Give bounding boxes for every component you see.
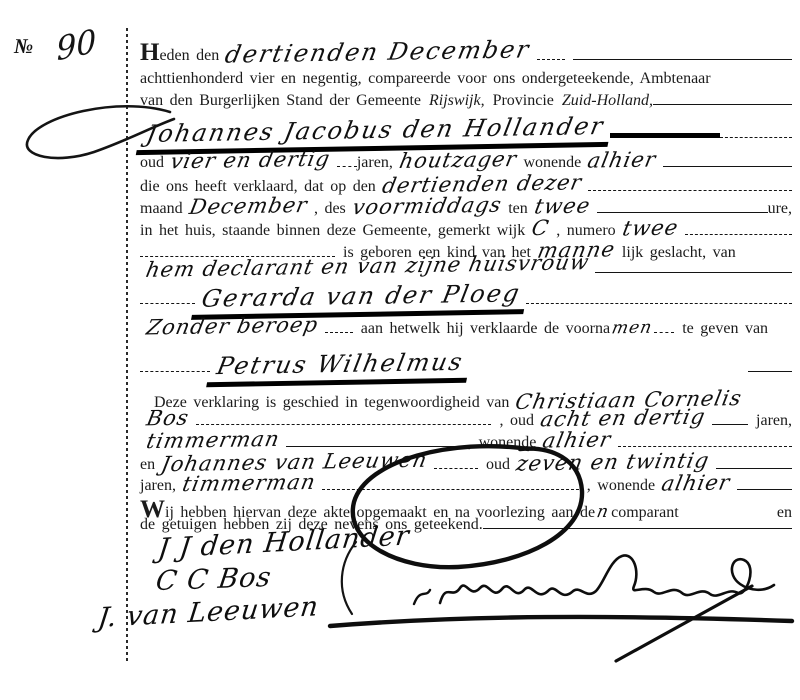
handwritten-hour: twee	[525, 193, 599, 218]
ruled-blank	[337, 166, 357, 167]
record-number-label: №	[14, 34, 33, 59]
ruled-blank	[588, 190, 792, 191]
form-line-1: Heden den dertienden December	[140, 38, 792, 67]
ruled-blank	[325, 332, 353, 333]
form-line-15: Bos , oud acht en dertig jaren,	[140, 406, 792, 430]
handwritten-age: vier en dertig	[161, 146, 339, 173]
form-line-4: Johannes Jacobus den Hollander	[140, 116, 792, 151]
form-line-5: oud vier en dertig jaren, houtzager wone…	[140, 148, 792, 172]
ruled-blank	[685, 234, 792, 235]
ruled-blank	[526, 303, 792, 304]
ruled-blank	[483, 528, 792, 529]
printed-text: achttienhonderd vier en negentig, compar…	[140, 70, 711, 88]
ruled-blank	[716, 468, 792, 469]
printed-text: Heden den	[140, 39, 219, 67]
ruled-blank	[573, 59, 792, 60]
handwritten-witness2-occupation: timmerman	[173, 470, 325, 497]
printed-text: jaren,	[140, 477, 176, 495]
ruled-blank	[595, 272, 792, 273]
form-line-18: jaren, timmerman , wonende alhier	[140, 471, 792, 495]
ruled-blank	[663, 166, 792, 167]
birth-certificate-scan: № 90 Heden den dertienden December achtt…	[0, 0, 800, 700]
handwritten-suffix: men	[608, 318, 656, 339]
printed-text: van den Burgerlijken Stand der Gemeente	[140, 92, 421, 110]
handwritten-mother-occupation: Zonder beroep	[137, 312, 327, 339]
ruled-blank	[537, 59, 565, 60]
printed-text: , wonende	[587, 477, 655, 495]
signature-witness2: J. van Leeuwen	[96, 591, 321, 634]
form-line-11: Gerarda van der Ploeg	[140, 282, 792, 317]
form-line-12: Zonder beroep aan hetwelk hij verklaarde…	[140, 314, 792, 338]
form-line-2: achttienhonderd vier en negentig, compar…	[140, 70, 792, 88]
printed-text: jaren,	[357, 154, 393, 172]
ruled-blank	[720, 137, 792, 138]
printed-text: Provincie	[493, 92, 554, 110]
ruled-blank	[322, 489, 578, 490]
form-line-10: hem declarant en van zijne huisvrouw	[140, 254, 792, 278]
ruled-blank	[653, 104, 792, 105]
registrar-signature-initial	[414, 590, 430, 604]
printed-province: Zuid-Holland,	[562, 92, 653, 110]
ruled-blank	[140, 303, 195, 304]
ruled-blank	[140, 371, 210, 372]
handwritten-residence: alhier	[579, 147, 666, 172]
form-line-7: maand December , des voormiddags ten twe…	[140, 194, 792, 218]
signature-witness1: C C Bos	[154, 562, 274, 597]
handwritten-witness2-residence: alhier	[653, 470, 740, 495]
ruled-blank	[196, 424, 492, 425]
printed-text: te geven van	[682, 320, 768, 338]
registrar-signature-script	[440, 555, 774, 603]
form-column-dotted-rule	[126, 28, 128, 664]
handwritten-witness1-residence: alhier	[534, 427, 621, 452]
registrar-signature-underline	[330, 617, 792, 626]
printed-text: wonende	[523, 154, 581, 172]
ruled-blank	[654, 332, 674, 333]
ruled-blank	[737, 489, 792, 490]
printed-text: aan hetwelk hij verklaarde de voorna	[361, 320, 610, 338]
ruled-blank	[748, 371, 792, 372]
registrar-signature-descender-slash	[616, 586, 752, 661]
form-line-13: Petrus Wilhelmus	[140, 350, 792, 385]
form-line-8: in het huis, staande binnen deze Gemeent…	[140, 216, 792, 240]
form-line-3: van den Burgerlijken Stand der Gemeente …	[140, 92, 792, 110]
handwritten-district: C	[523, 216, 559, 241]
printed-municipality: Rijswijk,	[429, 92, 485, 110]
handwritten-parent-clause: hem declarant en van zijne huisvrouw	[137, 250, 599, 282]
ruled-blank	[597, 212, 768, 213]
printed-text: oud	[140, 154, 164, 172]
ruled-blank	[618, 446, 792, 447]
handwritten-date: dertienden December	[216, 35, 540, 69]
handwritten-child-name: Petrus Wilhelmus	[206, 348, 473, 388]
ruled-blank	[434, 468, 478, 469]
record-number-value: 90	[56, 21, 97, 68]
ruled-blank	[712, 424, 748, 425]
handwritten-witness1-surname: Bos	[138, 406, 199, 431]
ink-underline-extension	[610, 133, 720, 138]
handwritten-occupation: houtzager	[390, 147, 526, 173]
